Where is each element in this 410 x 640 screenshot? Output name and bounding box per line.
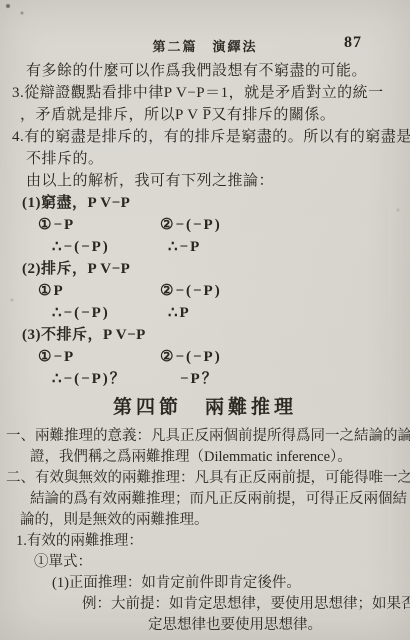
body-line-intro: 有多餘的什麼可以作爲我們設想有不窮盡的可能。: [0, 60, 410, 82]
inference-1-conclusion-2: ∴−P: [168, 236, 201, 258]
sub-sub-item-positive: (1)正面推理：如肯定前件即肯定後件。: [0, 573, 410, 594]
inference-3-premises: ①−P ②−(−P): [0, 346, 410, 368]
inference-2-premises: ①P ②−(−P): [0, 280, 410, 302]
page-number: 87: [344, 34, 362, 52]
section-item2-line1: 二、有效與無效的兩難推理：凡具有正反兩前提，可能得唯一之: [0, 468, 410, 489]
sub-item-simple: ①單式：: [0, 552, 410, 573]
sub-heading-valid: 1.有效的兩難推理：: [0, 531, 410, 552]
section-item2-line2: 結論的爲有效兩難推理；而凡正反兩前提，可得正反兩個結: [0, 489, 410, 510]
inference-2-premise-1: ①P: [38, 280, 65, 302]
inference-2-conclusions: ∴−(−P) ∴P: [0, 302, 410, 324]
body-line-point3-2: ，矛盾就是排斥，所以P V P̅又有排斥的關係。: [0, 104, 410, 126]
page-header: 第二篇 演繹法 87: [0, 36, 410, 54]
inference-1-conclusion-1: ∴−(−P): [52, 236, 110, 258]
inference-1-label: (1)窮盡，P V−P: [0, 192, 410, 214]
inference-1-premises: ①−P ②−(−P): [0, 214, 410, 236]
inference-2-conclusion-1: ∴−(−P): [52, 302, 110, 324]
section-item1-line1: 一、兩難推理的意義：凡具正反兩個前提所得爲同一之結論的論: [0, 426, 410, 447]
section-item1-line2: 證，我們稱之爲兩難推理（Dilemmatic inference）。: [0, 447, 410, 468]
body-line-point3-1: 3.從辯證觀點看排中律P V−P＝1，就是矛盾對立的統一: [0, 82, 410, 104]
inference-3-conclusion-2: −P？: [180, 368, 219, 390]
section-heading: 第四節 兩難推理: [0, 394, 410, 422]
inference-1-premise-2: ②−(−P): [160, 214, 222, 236]
inference-3-conclusion-1: ∴−(−P)？: [52, 368, 127, 390]
inference-3-premise-2: ②−(−P): [160, 346, 222, 368]
inference-2-premise-2: ②−(−P): [160, 280, 222, 302]
inference-2-label: (2)排斥，P V−P: [0, 258, 410, 280]
example-line1: 例：大前提：如肯定思想律，要使用思想律；如果否: [0, 594, 410, 615]
inference-1-conclusions: ∴−(−P) ∴−P: [0, 236, 410, 258]
body-line-point4-2: 不排斥的。: [0, 148, 410, 170]
example-line2: 定思想律也要使用思想律。: [0, 615, 410, 636]
inference-3-premise-1: ①−P: [38, 346, 75, 368]
book-page: 第二篇 演繹法 87 有多餘的什麼可以作爲我們設想有不窮盡的可能。 3.從辯證觀…: [0, 0, 410, 640]
body-line-point4-1: 4.有的窮盡是排斥的，有的排斥是窮盡的。所以有的窮盡是: [0, 126, 410, 148]
inference-3-label: (3)不排斥，P V−P: [0, 324, 410, 346]
inference-2-conclusion-2: ∴P: [168, 302, 191, 324]
body-line-deduction-intro: 由以上的解析，我可有下列之推論：: [0, 170, 410, 192]
section-item2-line3: 論的，則是無效的兩難推理。: [0, 510, 410, 531]
inference-1-premise-1: ①−P: [38, 214, 75, 236]
inference-3-conclusions: ∴−(−P)？ −P？: [0, 368, 410, 390]
